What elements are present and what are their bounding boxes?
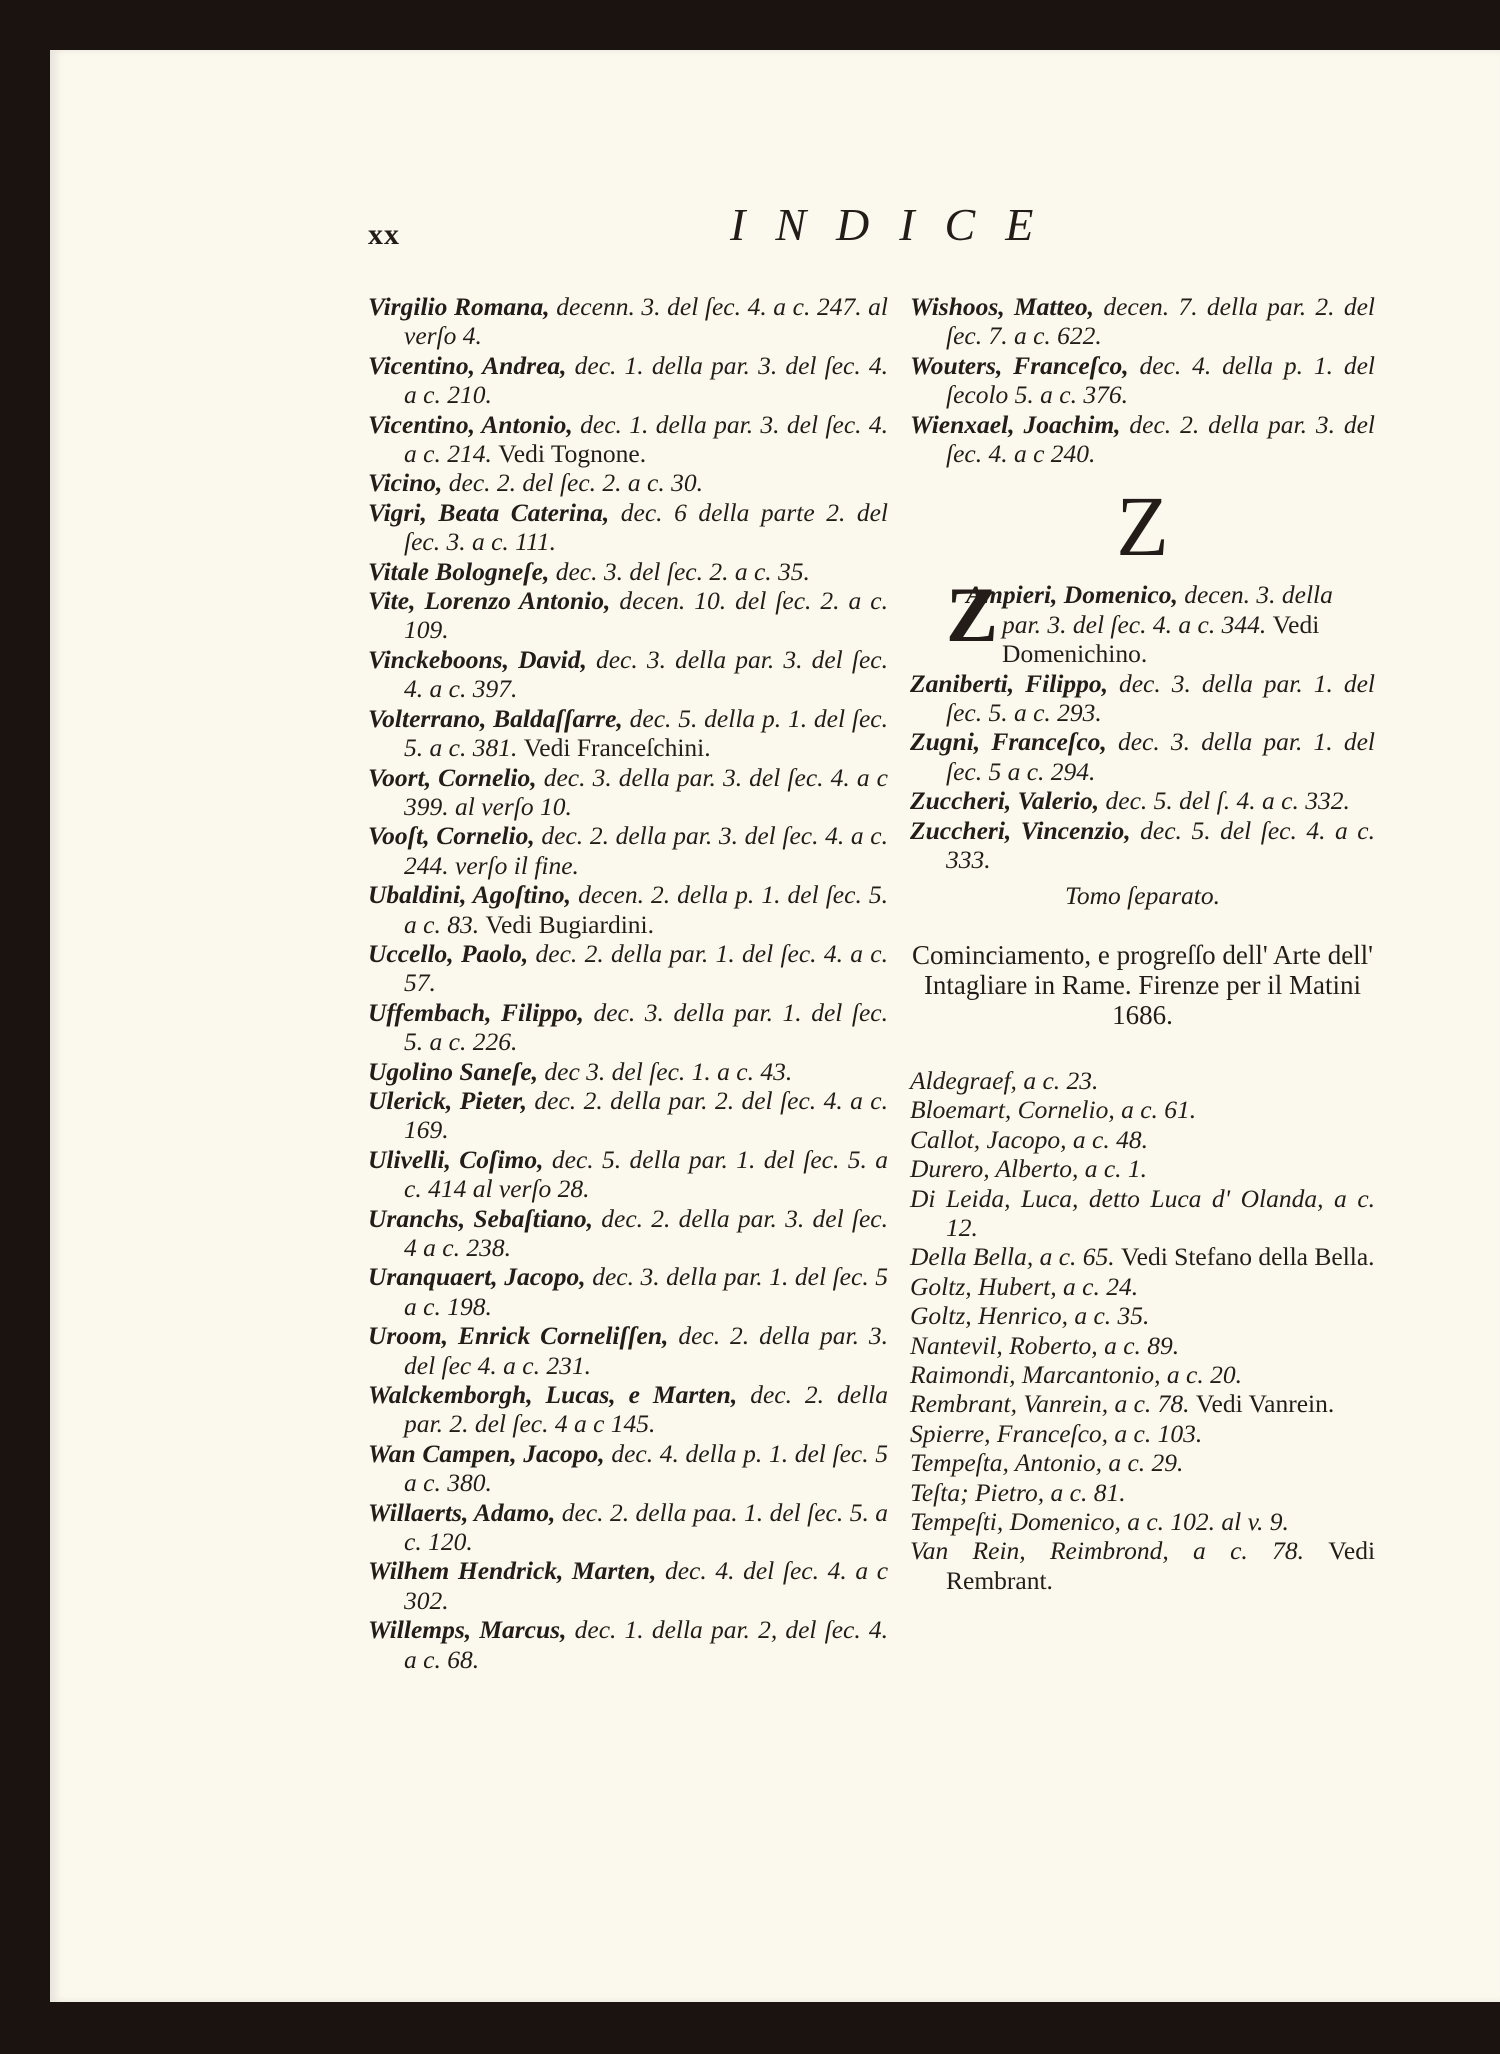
entry-name: Zugni, Franceſco, (910, 727, 1107, 756)
index-entry: Willemps, Marcus, dec. 1. della par. 2, … (368, 1615, 888, 1674)
entry-name: Della Bella, (910, 1242, 1033, 1271)
index-entry: Wouters, Franceſco, dec. 4. della p. 1. … (910, 351, 1375, 410)
entry-name: Wilhem Hendrick, Marten, (368, 1556, 656, 1585)
entries-z: Zaniberti, Filippo, dec. 3. della par. 1… (910, 669, 1375, 875)
entry-name: Aldegraef, (910, 1066, 1017, 1095)
index-entry: Uranchs, Sebaſtiano, dec. 2. della par. … (368, 1204, 888, 1263)
entry-name: Voort, Cornelio, (368, 763, 537, 792)
index-entry: Goltz, Hubert, a c. 24. (910, 1272, 1375, 1301)
book-page: xx INDICE Virgilio Romana, decenn. 3. de… (50, 50, 1500, 2002)
entry-name: Vicentino, Antonio, (368, 410, 573, 439)
index-entry: Uroom, Enrick Corneliſſen, dec. 2. della… (368, 1321, 888, 1380)
entry-see-also: Vedi Vanrein. (1196, 1389, 1334, 1418)
entry-name: Callot, Jacopo, (910, 1125, 1067, 1154)
entry-see-also: Vedi Tognone. (498, 439, 646, 468)
index-entry: Vigri, Beata Caterina, dec. 6 della part… (368, 498, 888, 557)
entry-name: Nantevil, Roberto, (910, 1331, 1098, 1360)
index-entry: Zuccheri, Vincenzio, dec. 5. del ſec. 4.… (910, 816, 1375, 875)
entry-ref: a c. 65. (1040, 1242, 1115, 1271)
entry-ref: dec. 2. del ſec. 2. a c. 30. (449, 468, 703, 497)
index-entry: Zaniberti, Filippo, dec. 3. della par. 1… (910, 669, 1375, 728)
entry-name: Teſta; Pietro, (910, 1478, 1044, 1507)
index-entry: Di Leida, Luca, detto Luca d' Olanda, a … (910, 1184, 1375, 1243)
entry-name: Bloemart, Cornelio, (910, 1095, 1115, 1124)
entry-ref: a c. 29. (1108, 1448, 1183, 1477)
entry-ref: dec 3. del ſec. 1. a c. 43. (544, 1057, 792, 1086)
entry-ref: a c. 81. (1051, 1478, 1126, 1507)
index-entry: Uffembach, Filippo, dec. 3. della par. 1… (368, 998, 888, 1057)
left-column: Virgilio Romana, decenn. 3. del ſec. 4. … (368, 292, 888, 1674)
index-entry: Wishoos, Matteo, decen. 7. della par. 2.… (910, 292, 1375, 351)
entry-name: Durero, Alberto, (910, 1154, 1078, 1183)
subheading: Tomo ſeparato. (910, 881, 1375, 910)
entry-name: Ampieri, Domenico, (966, 580, 1178, 609)
index-entry: Nantevil, Roberto, a c. 89. (910, 1331, 1375, 1360)
entry-name: Willemps, Marcus, (368, 1615, 566, 1644)
entry-name: Ulerick, Pieter, (368, 1086, 527, 1115)
entry-name: Vite, Lorenzo Antonio, (368, 586, 610, 615)
index-entry: Uranquaert, Jacopo, dec. 3. della par. 1… (368, 1262, 888, 1321)
index-entry: Wan Campen, Jacopo, dec. 4. della p. 1. … (368, 1439, 888, 1498)
entry-name: Zuccheri, Valerio, (910, 786, 1099, 815)
index-entry: Vooſt, Cornelio, dec. 2. della par. 3. d… (368, 821, 888, 880)
index-entry: Volterrano, Baldaſſarre, dec. 5. della p… (368, 704, 888, 763)
entry-name: Wienxael, Joachim, (910, 410, 1121, 439)
entry-name: Tempeſta, Antonio, (910, 1448, 1102, 1477)
index-entry: Bloemart, Cornelio, a c. 61. (910, 1095, 1375, 1124)
index-entry: Rembrant, Vanrein, a c. 78. Vedi Vanrein… (910, 1389, 1375, 1418)
entry-ref: a c. 78. (1114, 1389, 1189, 1418)
entry-name: Zaniberti, Filippo, (910, 669, 1108, 698)
entry-name: Uccello, Paolo, (368, 939, 528, 968)
entry-name: Wouters, Franceſco, (910, 351, 1129, 380)
index-entry: Tempeſta, Antonio, a c. 29. (910, 1448, 1375, 1477)
entry-name: Rembrant, Vanrein, (910, 1389, 1108, 1418)
entry-ref: a c. 23. (1023, 1066, 1098, 1095)
index-entry: Ulivelli, Coſimo, dec. 5. della par. 1. … (368, 1145, 888, 1204)
index-entry: Teſta; Pietro, a c. 81. (910, 1478, 1375, 1507)
entry-ref: a c. 103. (1114, 1419, 1202, 1448)
entries-tomo: Aldegraef, a c. 23. Bloemart, Cornelio, … (910, 1066, 1375, 1595)
entry-name: Zuccheri, Vincenzio, (910, 816, 1131, 845)
entry-name: Spierre, Franceſco, (910, 1419, 1108, 1448)
entry-see-also: Vedi Franceſchini. (524, 733, 711, 762)
page-number: xx (368, 218, 400, 252)
entry-name: Ulivelli, Coſimo, (368, 1145, 544, 1174)
entry-name: Uroom, Enrick Corneliſſen, (368, 1321, 668, 1350)
index-entry: Wilhem Hendrick, Marten, dec. 4. del ſec… (368, 1556, 888, 1615)
entry-ref: a c. 20. (1167, 1360, 1242, 1389)
entry-ref: a c. 102. al v. 9. (1127, 1507, 1289, 1536)
index-entry: Walckemborgh, Lucas, e Marten, dec. 2. d… (368, 1380, 888, 1439)
entry-name: Wan Campen, Jacopo, (368, 1439, 605, 1468)
entry-see-also: Vedi Stefano della Bella. (1121, 1242, 1375, 1271)
index-entry: Raimondi, Marcantonio, a c. 20. (910, 1360, 1375, 1389)
entry-name: Ubaldini, Agoſtino, (368, 880, 571, 909)
entry-name: Volterrano, Baldaſſarre, (368, 704, 623, 733)
entry-name: Uranquaert, Jacopo, (368, 1262, 586, 1291)
index-entry: Virgilio Romana, decenn. 3. del ſec. 4. … (368, 292, 888, 351)
index-entry: Goltz, Henrico, a c. 35. (910, 1301, 1375, 1330)
entry-name: Vooſt, Cornelio, (368, 821, 535, 850)
entry-name: Tempeſti, Domenico, (910, 1507, 1121, 1536)
index-entry: Wienxael, Joachim, dec. 2. della par. 3.… (910, 410, 1375, 469)
entry-name: Vitale Bologneſe, (368, 557, 549, 586)
entry-ref: a c. 35. (1074, 1301, 1149, 1330)
entry-ref: a c. 24. (1063, 1272, 1138, 1301)
dropcap-entry: Z Ampieri, Domenico, decen. 3. della par… (910, 580, 1375, 668)
entry-name: Uranchs, Sebaſtiano, (368, 1204, 593, 1233)
entry-ref: a c. 61. (1121, 1095, 1196, 1124)
entry-name: Goltz, Henrico, (910, 1301, 1068, 1330)
index-entry: Zuccheri, Valerio, dec. 5. del ſ. 4. a c… (910, 786, 1375, 815)
index-entry: Della Bella, a c. 65. Vedi Stefano della… (910, 1242, 1375, 1271)
index-entry: Tempeſti, Domenico, a c. 102. al v. 9. (910, 1507, 1375, 1536)
index-entry: Uccello, Paolo, dec. 2. della par. 1. de… (368, 939, 888, 998)
index-entry: Van Rein, Reimbrond, a c. 78. Vedi Rembr… (910, 1536, 1375, 1595)
index-entry: Callot, Jacopo, a c. 48. (910, 1125, 1375, 1154)
entry-name: Vicentino, Andrea, (368, 351, 567, 380)
index-entry: Vitale Bologneſe, dec. 3. del ſec. 2. a … (368, 557, 888, 586)
entry-name: Uffembach, Filippo, (368, 998, 584, 1027)
index-entry: Aldegraef, a c. 23. (910, 1066, 1375, 1095)
index-entry: Ulerick, Pieter, dec. 2. della par. 2. d… (368, 1086, 888, 1145)
index-entry: Vinckeboons, David, dec. 3. della par. 3… (368, 645, 888, 704)
index-entry: Willaerts, Adamo, dec. 2. della paa. 1. … (368, 1498, 888, 1557)
index-entry: Durero, Alberto, a c. 1. (910, 1154, 1375, 1183)
entry-name: Raimondi, Marcantonio, (910, 1360, 1161, 1389)
index-entry: Ubaldini, Agoſtino, decen. 2. della p. 1… (368, 880, 888, 939)
right-column: Wishoos, Matteo, decen. 7. della par. 2.… (910, 292, 1375, 1595)
entry-ref: a c. 89. (1104, 1331, 1179, 1360)
index-entry: Ugolino Saneſe, dec 3. del ſec. 1. a c. … (368, 1057, 888, 1086)
entry-name: Goltz, Hubert, (910, 1272, 1057, 1301)
entry-ref: a c. 48. (1073, 1125, 1148, 1154)
letter-heading-z: Z (910, 478, 1375, 574)
entry-ref: dec. 3. del ſec. 2. a c. 35. (556, 557, 810, 586)
index-entry: Vite, Lorenzo Antonio, decen. 10. del ſe… (368, 586, 888, 645)
entry-name: Ugolino Saneſe, (368, 1057, 538, 1086)
entry-see-also: Vedi Bugiardini. (485, 910, 654, 939)
entry-name: Van Rein, Reimbrond, (910, 1536, 1169, 1565)
entry-name: Di Leida, Luca, detto Luca d' Olanda, (910, 1184, 1324, 1213)
index-entry: Voort, Cornelio, dec. 3. della par. 3. d… (368, 763, 888, 822)
entry-name: Walckemborgh, Lucas, e Marten, (368, 1380, 737, 1409)
entry-name: Wishoos, Matteo, (910, 292, 1094, 321)
publication-title: Cominciamento, e progreſſo dell' Arte de… (910, 940, 1375, 1030)
index-entry: Spierre, Franceſco, a c. 103. (910, 1419, 1375, 1448)
entry-ref: a c. 1. (1085, 1154, 1147, 1183)
index-entry: Vicino, dec. 2. del ſec. 2. a c. 30. (368, 468, 888, 497)
running-title: INDICE (730, 198, 1063, 251)
entry-name: Willaerts, Adamo, (368, 1498, 555, 1527)
entry-ref: a c. 78. (1193, 1536, 1304, 1565)
index-entry: Vicentino, Andrea, dec. 1. della par. 3.… (368, 351, 888, 410)
entry-name: Vigri, Beata Caterina, (368, 498, 609, 527)
entry-name: Vicino, (368, 468, 442, 497)
entry-ref: dec. 5. del ſ. 4. a c. 332. (1106, 786, 1350, 815)
entry-name: Vinckeboons, David, (368, 645, 587, 674)
index-entry: Zugni, Franceſco, dec. 3. della par. 1. … (910, 727, 1375, 786)
index-entry: Vicentino, Antonio, dec. 1. della par. 3… (368, 410, 888, 469)
entry-name: Virgilio Romana, (368, 292, 550, 321)
entries-w: Wishoos, Matteo, decen. 7. della par. 2.… (910, 292, 1375, 468)
